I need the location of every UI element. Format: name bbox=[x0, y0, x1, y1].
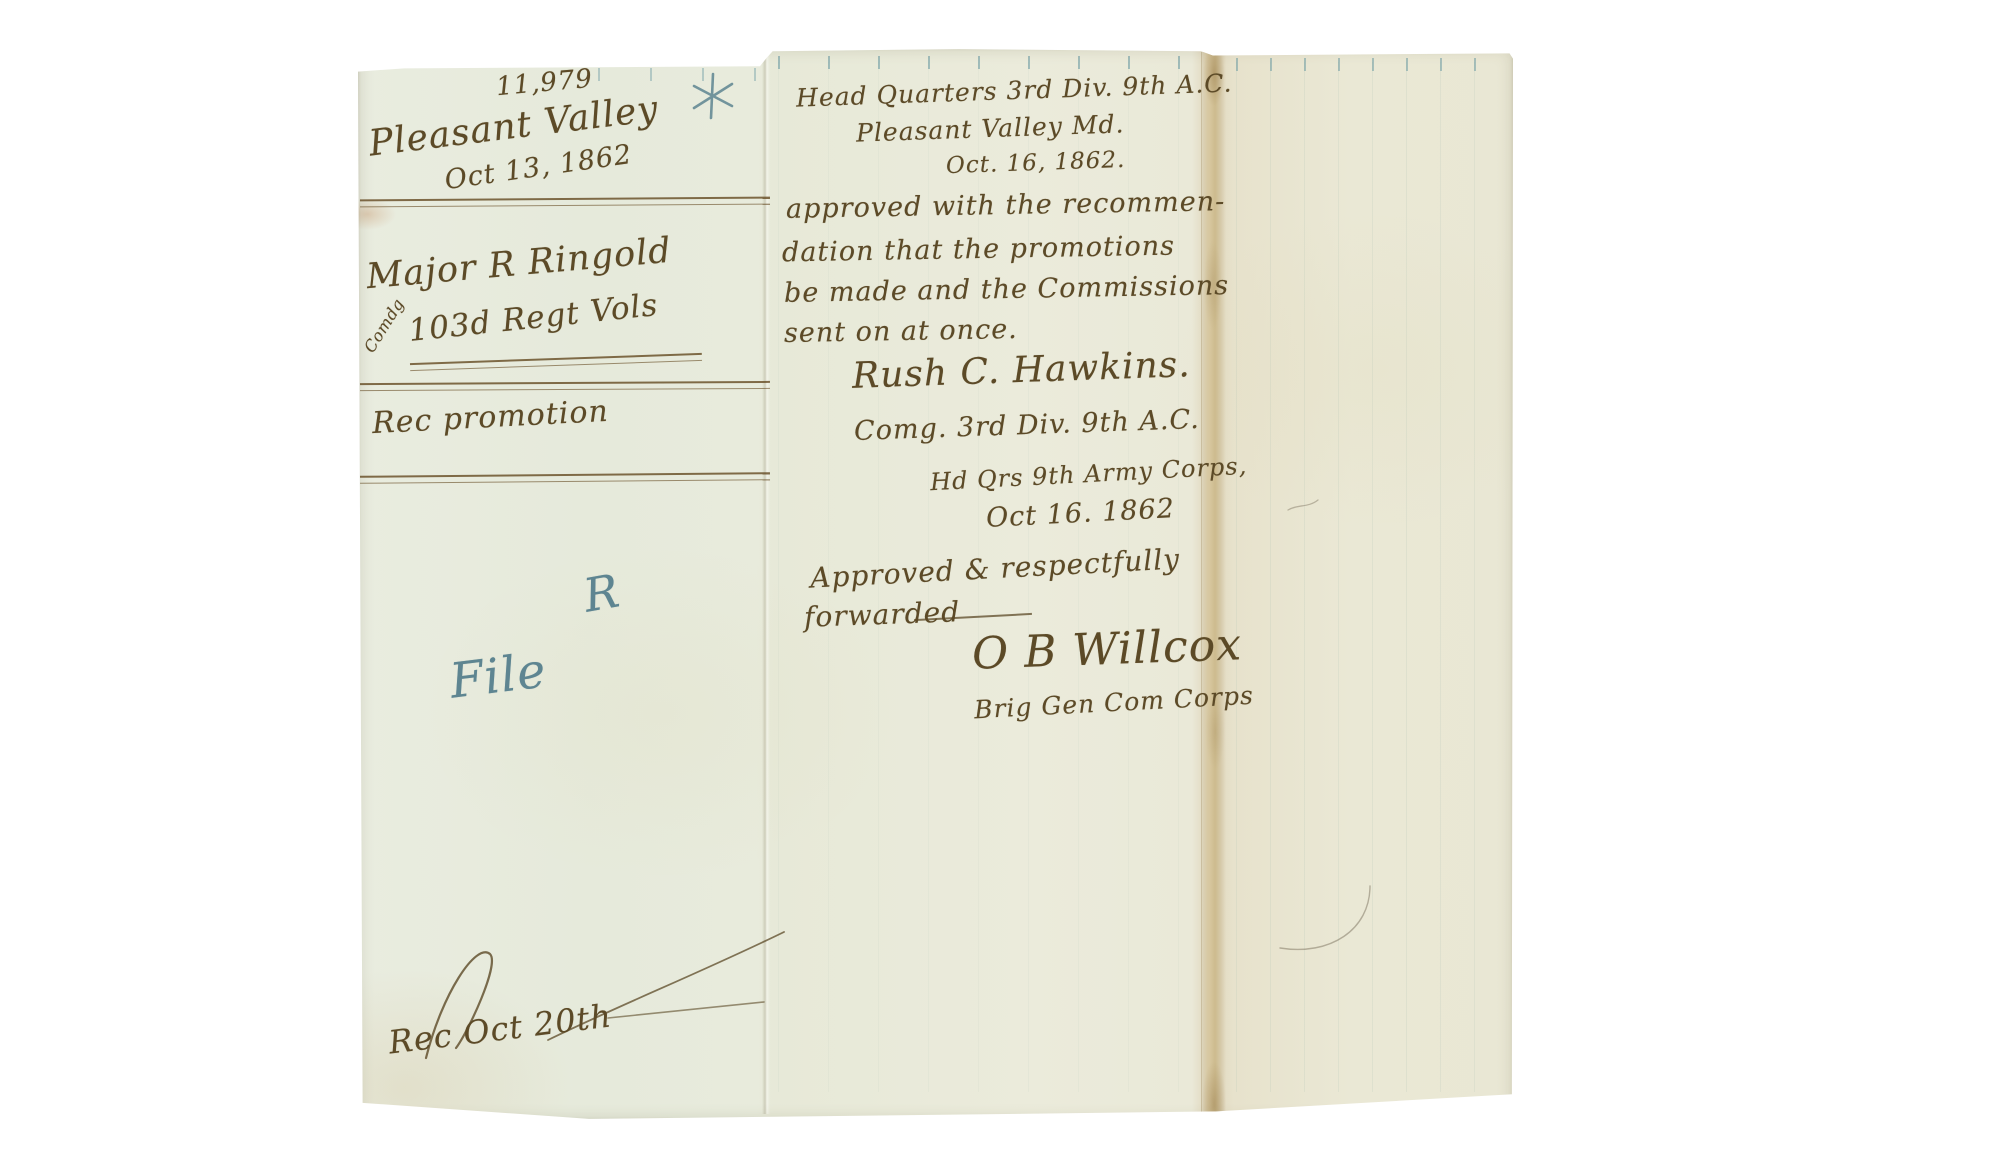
ruled-ticks-middle-panel bbox=[778, 56, 1198, 69]
photo-background: 11,979 Pleasant Valley Oct 13, 1862 Majo… bbox=[0, 0, 1999, 1168]
endorsement1-heading-line3: Oct. 16, 1862. bbox=[946, 147, 1126, 179]
docket-rank-note: Comdg bbox=[360, 295, 408, 356]
folded-letter-paper: 11,979 Pleasant Valley Oct 13, 1862 Majo… bbox=[358, 48, 1513, 1120]
endorsement1-signature: Rush C. Hawkins. bbox=[851, 344, 1191, 397]
ruled-ticks-left-panel bbox=[598, 68, 763, 81]
pen-flourish bbox=[372, 914, 802, 1064]
clerk-mark-file: File bbox=[447, 642, 550, 709]
docket-rule-1 bbox=[360, 197, 770, 208]
pencil-tick bbox=[1286, 496, 1320, 516]
docket-rule-2 bbox=[360, 381, 770, 391]
ruled-ticks-right-panel bbox=[1236, 58, 1504, 71]
endorsement1-body-line4: sent on at once. bbox=[784, 314, 1018, 349]
docket-regiment: 103d Regt Vols bbox=[407, 287, 660, 349]
docket-addressee: Major R Ringold bbox=[365, 231, 673, 298]
docket-regiment-underline bbox=[410, 353, 702, 371]
endorsement1-signature-title: Comg. 3rd Div. 9th A.C. bbox=[854, 404, 1201, 447]
blue-asterisk-icon bbox=[692, 72, 734, 120]
clerk-mark-r: R bbox=[580, 563, 624, 622]
endorsement2-signature: O B Willcox bbox=[971, 619, 1243, 679]
endorsement1-body-line1: approved with the recommen- bbox=[786, 186, 1226, 225]
endorsement2-heading-line2: Oct 16. 1862 bbox=[985, 493, 1175, 534]
pencil-arc bbox=[1274, 878, 1384, 968]
endorsement1-body-line3: be made and the Commissions bbox=[784, 270, 1230, 309]
docket-rule-3 bbox=[360, 472, 770, 484]
docket-file-number: 11,979 bbox=[495, 64, 594, 102]
endorsement1-heading-line2: Pleasant Valley Md. bbox=[856, 109, 1125, 147]
endorsement2-body-line2: forwarded bbox=[803, 595, 960, 633]
endorsement2-body-line1: Approved & respectfully bbox=[809, 542, 1180, 594]
endorsement1-heading-line1: Head Quarters 3rd Div. 9th A.C. bbox=[796, 68, 1233, 112]
docket-subject: Rec promotion bbox=[371, 394, 609, 441]
endorsement1-body-line2: dation that the promotions bbox=[782, 231, 1175, 269]
